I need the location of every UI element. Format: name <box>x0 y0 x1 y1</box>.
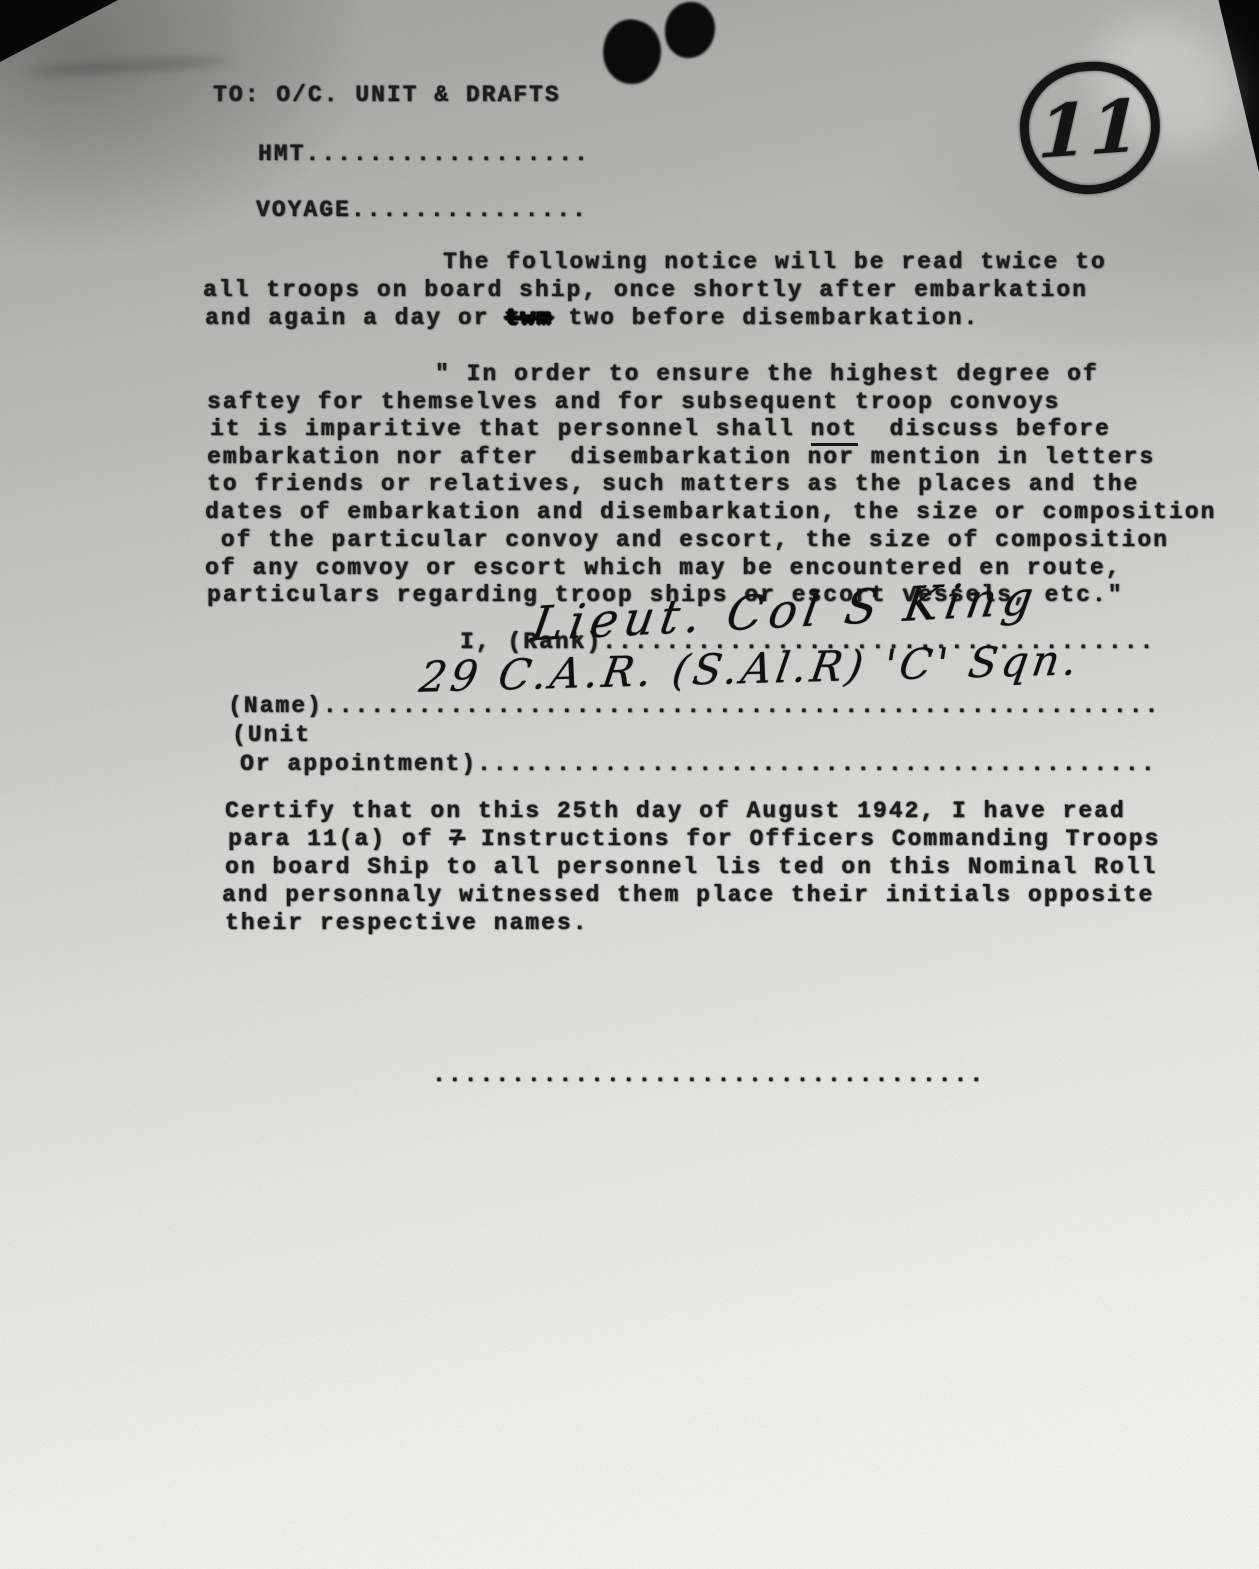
scanned-document-page: 11 TO: O/C. UNIT & DRAFTS HMT...........… <box>0 0 1259 1569</box>
certify-paragraph-line: on board Ship to all personnel lis ted o… <box>225 854 1157 880</box>
certify-line-text: Instructions for Officers Commanding Tro… <box>465 826 1160 852</box>
quote-paragraph-line: embarkation nor after disembarkation nor… <box>207 444 1155 470</box>
certify-paragraph-line: Certify that on this 25th day of August … <box>225 798 1126 824</box>
quote-line-text: discuss before <box>858 416 1111 442</box>
ink-blot <box>596 14 668 90</box>
page-number-digits: 11 <box>1037 82 1144 175</box>
quote-paragraph-line: of the particular convoy and escort, the… <box>205 527 1169 553</box>
voyage-blank-line: VOYAGE............... <box>256 197 588 223</box>
ink-blot <box>665 2 715 58</box>
certify-paragraph-line: and personnaly witnessed them place thei… <box>222 882 1154 908</box>
overtyped-struck-word: twm <box>505 305 552 331</box>
quote-paragraph-line: dates of embarkation and disembarkation,… <box>205 499 1216 525</box>
notice-paragraph-line: all troops on board ship, once shortly a… <box>203 277 1088 303</box>
paper-grain-texture <box>0 0 1259 1569</box>
quote-paragraph-line: " In order to ensure the highest degree … <box>435 361 1099 387</box>
certify-paragraph-line: para 11(a) of 7 Instructions for Officer… <box>228 826 1160 852</box>
appointment-blank-line: Or appointment).........................… <box>240 751 1157 777</box>
notice-line-text: two before disembarkation. <box>553 305 980 331</box>
paper-crease-smudge <box>28 55 228 77</box>
certify-paragraph-line: their respective names. <box>225 910 588 936</box>
quote-paragraph-line: it is imparitive that personnel shall no… <box>210 416 1111 442</box>
quote-paragraph-line: to friends or relatives, such matters as… <box>207 471 1139 497</box>
name-blank-line: (Name)..................................… <box>228 693 1160 719</box>
notice-paragraph-line: and again a day or twm two before disemb… <box>205 305 979 331</box>
addressee-line: TO: O/C. UNIT & DRAFTS <box>213 82 561 108</box>
quote-paragraph-line: saftey for themselves and for subsequent… <box>207 389 1060 415</box>
hmt-blank-line: HMT.................. <box>258 141 590 167</box>
notice-paragraph-line: The following notice will be read twice … <box>443 249 1107 275</box>
certify-line-text: para 11(a) of <box>228 826 449 852</box>
scan-corner-artifact-top-left <box>0 0 118 62</box>
signature-dotted-line: ................................... <box>432 1062 985 1088</box>
underlined-word-not: not <box>811 416 858 446</box>
struck-character: 7 <box>449 826 465 852</box>
notice-line-text: and again a day or <box>205 305 505 331</box>
quote-line-text: it is imparitive that personnel shall <box>210 416 811 442</box>
unit-label-line: (Unit <box>232 722 311 748</box>
